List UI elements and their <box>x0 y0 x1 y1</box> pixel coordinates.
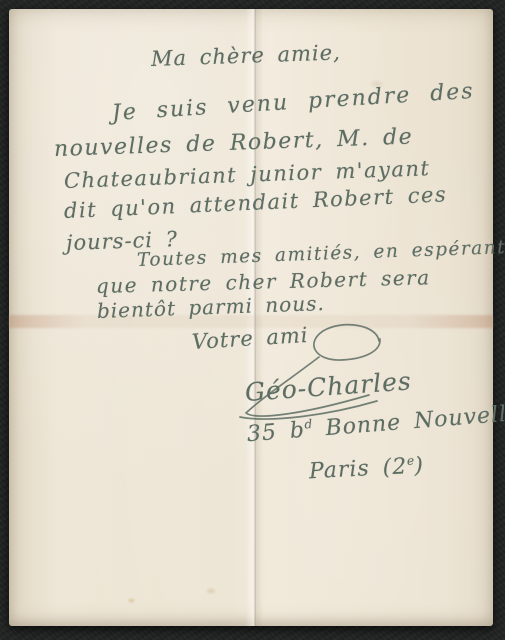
body-line: nouvelles de Robert, M. de <box>54 124 414 162</box>
address-line: 35 bd Bonne Nouvelle <box>246 400 505 447</box>
address-number: 35 b <box>246 418 306 447</box>
signature: Géo-Charles <box>244 366 413 407</box>
flourish-loop <box>314 325 380 360</box>
letter-paper: Ma chère amie, Je suis venu prendre des … <box>9 9 493 626</box>
city-text: Paris (2 <box>308 454 408 484</box>
photo-background: Ma chère amie, Je suis venu prendre des … <box>0 0 505 640</box>
greeting-line: Ma chère amie, <box>151 40 342 71</box>
body-line: Je suis venu prendre des <box>111 79 475 126</box>
city-close-paren: ) <box>414 453 425 478</box>
paper-stain <box>127 597 136 604</box>
closing-line: Toutes mes amitiés, en espérant <box>137 237 505 271</box>
address-street: Bonne Nouvelle <box>312 401 505 442</box>
valediction-line: Votre ami <box>191 323 309 354</box>
paper-stain <box>205 587 217 595</box>
city-line: Paris (2e) <box>308 453 424 484</box>
